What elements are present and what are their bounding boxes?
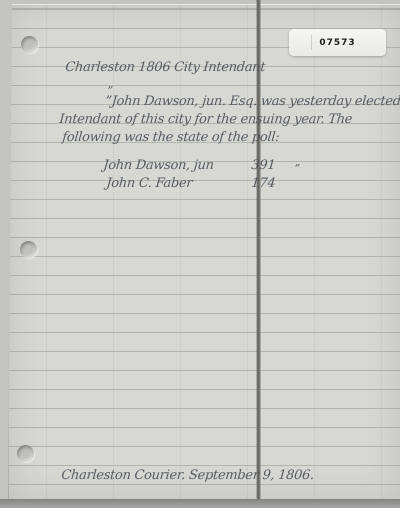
catalog-number: 07573 <box>319 38 355 48</box>
body-line-2: Intendant of this city for the ensuing y… <box>59 112 353 128</box>
poll-vote-count: 174 <box>251 176 276 192</box>
poll-vote-count: 391 <box>251 158 276 174</box>
handwritten-title: Charleston 1806 City Intendant <box>65 60 266 76</box>
body-line-1: ”John Dawson, jun. Esq. was yesterday el… <box>105 94 400 110</box>
catalog-sticker: 07573 <box>289 29 386 56</box>
punch-hole-middle <box>20 241 37 258</box>
poll-candidate-name: John C. Faber <box>106 176 193 192</box>
body-line-3: following was the state of the poll: <box>62 130 280 146</box>
punch-hole-bottom <box>17 445 34 462</box>
source-citation: Charleston Courier. September 9, 1806. <box>61 468 315 484</box>
scanner-bed-edge <box>0 499 400 508</box>
punch-hole-top <box>21 36 38 53</box>
notebook-paper-sheet <box>8 4 400 500</box>
poll-candidate-name: John Dawson, jun <box>103 158 215 174</box>
scanned-document: 07573 Charleston 1806 City Intendant ” ”… <box>0 0 400 508</box>
